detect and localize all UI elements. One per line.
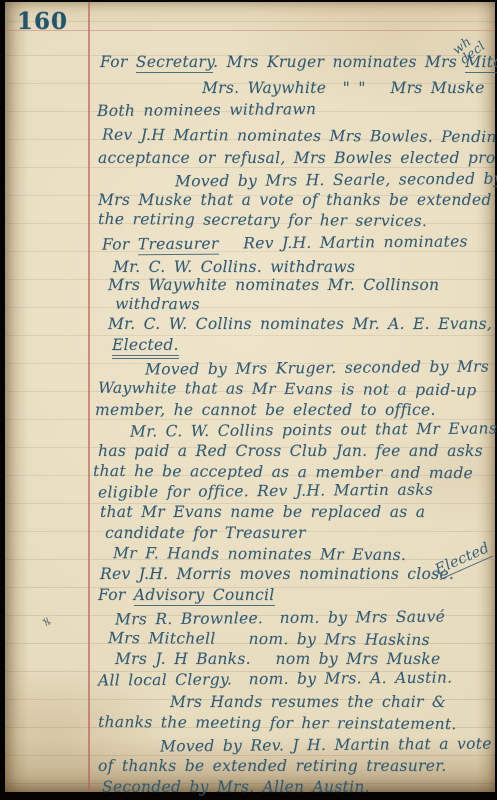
manuscript-line: Rev J.H Martin nominates Mrs Bowles. Pen… xyxy=(102,125,497,148)
handwritten-text: member, he cannot be elected to office. xyxy=(95,401,436,419)
manuscript-line: Moved by Mrs Kruger. seconded by Mrs xyxy=(145,356,489,379)
handwritten-text: Both nominees withdrawn xyxy=(97,100,316,120)
manuscript-line: Mr. C. W. Collins. withdraws xyxy=(113,257,355,277)
manuscript-line: acceptance or refusal, Mrs Bowles electe… xyxy=(98,148,497,168)
handwritten-text: Moved by Mrs H. Searle, seconded by xyxy=(175,170,497,191)
underlined-text: Advisory Council xyxy=(134,586,275,606)
handwritten-text: of thanks be extended retiring treasurer… xyxy=(98,757,446,775)
handwritten-text: thanks the meeting for her reinstatement… xyxy=(98,713,457,733)
scanned-photo-frame: 160 For Secretary. Mrs Kruger nominates … xyxy=(0,0,497,800)
manuscript-line: Elected. xyxy=(112,335,179,355)
handwritten-text: For xyxy=(98,586,134,604)
handwritten-text: Mr F. Hands nominates Mr Evans. xyxy=(113,544,406,564)
underlined-text: Treasurer xyxy=(138,235,219,256)
manuscript-line: thanks the meeting for her reinstatement… xyxy=(98,712,457,734)
handwritten-text: Mr. C. W. Collins. withdraws xyxy=(113,258,355,276)
handwritten-text: Mrs. Waywhite " " Mrs Muske xyxy=(202,79,485,97)
handwritten-text: acceptance or refusal, Mrs Bowles electe… xyxy=(98,149,497,167)
elected-annotation: Elected xyxy=(433,540,493,580)
handwritten-text: Rev J.H Martin nominates Mrs Bowles. Pen… xyxy=(102,126,497,147)
manuscript-line: For Secretary. Mrs Kruger nominates Mrs … xyxy=(100,52,497,72)
handwritten-text: has paid a Red Cross Club Jan. fee and a… xyxy=(98,442,483,460)
handwritten-text: Mrs Waywhite nominates Mr. Collinson xyxy=(108,276,439,294)
manuscript-line: Mrs J. H Banks. nom by Mrs Muske xyxy=(115,649,440,669)
header-rule-horizontal xyxy=(5,30,495,31)
manuscript-line: Mrs Waywhite nominates Mr. Collinson xyxy=(108,275,439,295)
handwritten-text: Seconded by Mrs. Allen Austin. xyxy=(102,778,370,796)
handwritten-text: eligible for office. Rev J.H. Martin ask… xyxy=(98,481,433,502)
handwritten-text: the retiring secretary for her services. xyxy=(98,210,427,230)
manuscript-line: All local Clergy. nom. by Mrs. A. Austin… xyxy=(98,667,453,690)
manuscript-line: Mr. C. W. Collins points out that Mr Eva… xyxy=(130,418,497,441)
margin-rule-vertical xyxy=(88,2,90,792)
manuscript-line: that Mr Evans name be replaced as a xyxy=(100,502,425,522)
manuscript-line: Mr. C. W. Collins nominates Mr. A. E. Ev… xyxy=(108,314,492,334)
handwritten-text: Mrs Muske that a vote of thanks be exten… xyxy=(98,191,492,209)
ledger-page: 160 For Secretary. Mrs Kruger nominates … xyxy=(5,2,495,792)
handwritten-text: Mrs R. Brownlee. nom. by Mrs Sauvé xyxy=(115,608,445,629)
handwritten-text: Moved by Rev. J H. Martin that a vote xyxy=(160,735,492,756)
manuscript-line: has paid a Red Cross Club Jan. fee and a… xyxy=(98,441,483,461)
page-number: 160 xyxy=(17,8,68,35)
manuscript-line: Mr F. Hands nominates Mr Evans. xyxy=(113,543,406,565)
manuscript-line: Mrs Mitchell nom. by Mrs Haskins xyxy=(108,628,430,650)
handwritten-text: Mrs Mitchell nom. by Mrs Haskins xyxy=(108,629,430,649)
handwritten-text: For xyxy=(102,235,138,253)
handwritten-text: Mrs J. H Banks. nom by Mrs Muske xyxy=(115,650,440,668)
manuscript-line: candidate for Treasurer xyxy=(105,523,306,543)
handwritten-text: . Mrs Kruger nominates Mrs xyxy=(213,53,465,71)
manuscript-line: Mrs. Waywhite " " Mrs Muske xyxy=(202,78,485,98)
manuscript-line: member, he cannot be elected to office. xyxy=(95,400,436,420)
manuscript-line: Seconded by Mrs. Allen Austin. xyxy=(102,777,370,797)
manuscript-line: eligible for office. Rev J.H. Martin ask… xyxy=(98,480,433,503)
manuscript-line: Rev J.H. Morris moves nominations close. xyxy=(100,564,454,584)
handwritten-text: candidate for Treasurer xyxy=(105,524,306,542)
manuscript-line: For Treasurer Rev J.H. Martin nominates xyxy=(102,231,468,254)
handwritten-text: Moved by Mrs Kruger. seconded by Mrs xyxy=(145,357,489,378)
handwritten-text: Waywhite that as Mr Evans is not a paid-… xyxy=(98,379,477,399)
manuscript-line: Both nominees withdrawn xyxy=(97,99,316,121)
manuscript-line: withdraws xyxy=(115,294,200,315)
underlined-text: Elected. xyxy=(112,336,179,359)
manuscript-line: Mrs Hands resumes the chair & xyxy=(170,692,446,712)
handwritten-text: Rev J.H. Martin nominates xyxy=(219,232,468,252)
manuscript-line: Waywhite that as Mr Evans is not a paid-… xyxy=(98,378,477,400)
margin-pencil-mark: ≠ xyxy=(37,614,54,628)
manuscript-line: of thanks be extended retiring treasurer… xyxy=(98,756,446,776)
handwritten-text: Mr. C. W. Collins points out that Mr Eva… xyxy=(130,419,497,440)
handwritten-text: Rev J.H. Morris moves nominations close. xyxy=(100,565,454,583)
manuscript-line: For Advisory Council xyxy=(98,585,275,605)
manuscript-line: Mrs Muske that a vote of thanks be exten… xyxy=(98,190,492,210)
handwritten-text: Mrs Hands resumes the chair & xyxy=(170,693,446,711)
handwritten-text: Mr. C. W. Collins nominates Mr. A. E. Ev… xyxy=(108,315,492,333)
manuscript-line: the retiring secretary for her services. xyxy=(98,209,427,231)
underlined-text: Secretary xyxy=(136,53,213,73)
manuscript-line: Moved by Mrs H. Searle, seconded by xyxy=(175,169,497,192)
handwritten-text: All local Clergy. nom. by Mrs. A. Austin… xyxy=(98,668,453,689)
manuscript-line: Moved by Rev. J H. Martin that a vote xyxy=(160,734,492,757)
manuscript-line: Mrs R. Brownlee. nom. by Mrs Sauvé xyxy=(115,607,445,630)
handwritten-text: withdraws xyxy=(115,295,200,314)
handwritten-text: For xyxy=(100,53,136,71)
handwritten-text: that Mr Evans name be replaced as a xyxy=(100,503,425,521)
